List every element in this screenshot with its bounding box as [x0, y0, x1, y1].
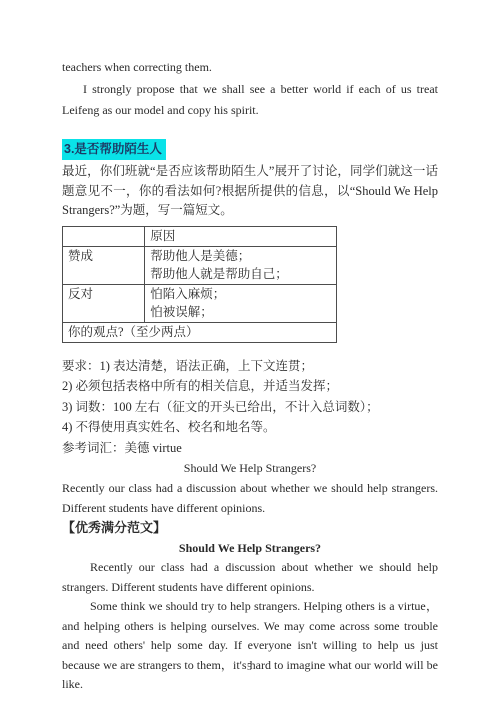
requirement-item-2: 2) 必须包括表格中所有的相关信息，并适当发挥；	[62, 376, 438, 397]
requirement-item-3: 3) 词数：100 左右（征文的开头已给出，不计入总词数）；	[62, 397, 438, 418]
table-corner-cell	[63, 226, 145, 246]
section-heading-wrap: 3.是否帮助陌生人	[62, 122, 438, 161]
oppose-label-cell: 反对	[63, 284, 145, 322]
essay-paragraph-1: Recently our class had a discussion abou…	[62, 558, 438, 597]
agree-reason-1: 帮助他人是美德；	[150, 247, 331, 265]
document-page: teachers when correcting them. I strongl…	[0, 0, 499, 695]
essay-paragraph-2: Some think we should try to help strange…	[62, 597, 438, 695]
model-essay-title: Should We Help Strangers?	[62, 538, 438, 558]
intro-closing-paragraph: I strongly propose that we shall see a b…	[62, 79, 438, 122]
agree-label-cell: 赞成	[63, 246, 145, 284]
reference-vocabulary: 参考词汇：美德 virtue	[62, 438, 438, 459]
given-opening-body: Recently our class had a discussion abou…	[62, 478, 438, 518]
requirements-list: 要求：1) 表达清楚，语法正确，上下文连贯； 2) 必须包括表格中所有的相关信息…	[62, 356, 438, 459]
table-header-row: 原因	[63, 226, 337, 246]
continuation-line: teachers when correcting them.	[62, 57, 438, 79]
requirement-item-4: 4) 不得使用真实姓名、校名和地名等。	[62, 417, 438, 438]
section-heading-highlight: 3.是否帮助陌生人	[62, 139, 166, 160]
table-opinion-row: 你的观点?（至少两点）	[63, 322, 337, 342]
table-row-agree: 赞成 帮助他人是美德； 帮助他人就是帮助自己；	[63, 246, 337, 284]
table-reason-header-cell: 原因	[145, 226, 337, 246]
oppose-reason-1: 怕陷入麻烦；	[150, 285, 331, 303]
requirement-item-1: 要求：1) 表达清楚，语法正确，上下文连贯；	[62, 356, 438, 377]
oppose-reason-2: 怕被误解；	[150, 303, 331, 321]
page-number: 5	[0, 662, 499, 673]
given-opening-title: Should We Help Strangers?	[62, 458, 438, 478]
writing-prompt: 最近，你们班就“是否应该帮助陌生人”展开了讨论，同学们就这一话题意见不一，你的看…	[62, 162, 438, 221]
opinion-cell: 你的观点?（至少两点）	[63, 322, 337, 342]
discussion-info-table: 原因 赞成 帮助他人是美德； 帮助他人就是帮助自己； 反对 怕陷入麻烦； 怕被误…	[62, 226, 337, 343]
model-essay-label: 【优秀满分范文】	[62, 518, 438, 538]
table-row-oppose: 反对 怕陷入麻烦； 怕被误解；	[63, 284, 337, 322]
oppose-reasons-cell: 怕陷入麻烦； 怕被误解；	[145, 284, 337, 322]
agree-reasons-cell: 帮助他人是美德； 帮助他人就是帮助自己；	[145, 246, 337, 284]
agree-reason-2: 帮助他人就是帮助自己；	[150, 265, 331, 283]
